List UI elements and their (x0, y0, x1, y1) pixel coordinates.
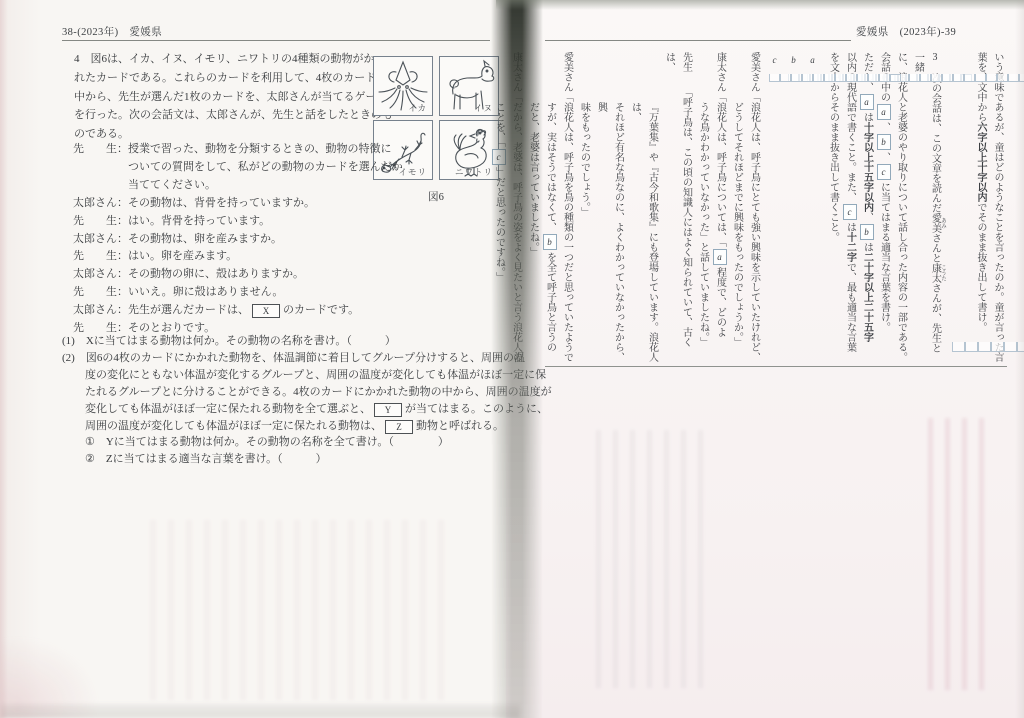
vertical-text-column: いう意味であるが、童はどのようなことを言ったのか。童が言った言 (989, 52, 1006, 362)
answer-letter-box: a (713, 249, 727, 265)
text-run: 、 (862, 212, 873, 222)
text-run: すが、実はそうではなくて、 (545, 102, 556, 232)
text-run: 先 生：いいえ。卵に殻はありません。 (73, 286, 283, 298)
book-spine-shadow (491, 0, 543, 718)
text-run: それほど有名な鳥なのに、よくわかっていなかったから、興 (596, 102, 624, 362)
ruby-text: 愛美あみ (930, 213, 941, 233)
left-page-header: 38-(2023年) 愛媛県 (62, 24, 162, 39)
answer-letter-box: Y (374, 403, 402, 417)
answer-cell (964, 74, 975, 82)
vertical-text-column: すが、実はそうではなくて、bを全て呼子鳥と言うの (542, 52, 559, 362)
answer-cell (879, 74, 890, 82)
vertical-text-column: に、浪花人と老婆のやり取りについて話し合った内容の一部である。 (893, 52, 910, 362)
text-run: いう意味であるが、童はどのようなことを言ったのか。童が言った言 (992, 52, 1003, 362)
vertical-text-column: 味をもったのでしょう。」 (576, 52, 593, 362)
vertical-text-column: 愛美さん「浪花人は、呼子鳥を鳥の種類の一つだと思っていたようで (559, 52, 576, 362)
text-line: 中から、先生が選んだ1枚のカードを、太郎さんが当てるゲーム (74, 88, 393, 107)
scan-top-edge (496, 0, 1024, 10)
question-line: (2) 図6の4枚のカードにかかれた動物を、体温調節に着目してグループ分けすると… (62, 350, 552, 367)
answer-letter-box: b (860, 224, 874, 240)
right-header-rule (545, 40, 851, 41)
question4-subquestions: (1) Xに当てはまる動物は何か。その動物の名称を書け。（ ）(2) 図6の4枚… (62, 333, 552, 468)
dialogue-line: 当ててください。 (73, 177, 403, 195)
text-run: のカードです。 (283, 304, 359, 316)
grid-label: c (769, 55, 781, 65)
text-run: 味をもったのでしょう。」 (579, 102, 590, 217)
dialogue-line: 太郎さん：その動物の卵に、殻はありますか。 (73, 266, 403, 284)
answer-cell (846, 74, 857, 82)
answer-cell (920, 74, 931, 82)
text-line: 4 図6は、イカ、イヌ、イモリ、ニワトリの4種類の動物がか (74, 50, 393, 69)
text-run: 愛美さん「浪花人は、呼子鳥を鳥の種類の一つだと思っていたようで (562, 52, 573, 362)
answer-cell (952, 342, 965, 352)
dialogue-line: 太郎さん：その動物は、背骨を持っていますか。 (73, 195, 403, 213)
text-run: (1) Xに当てはまる動物は何か。その動物の名称を書け。（ ） (62, 335, 396, 347)
text-run: うな鳥かわかっていなかった」と話していましたね。」 (698, 102, 709, 347)
text-line: れたカードである。これらのカードを利用して、4枚のカードの (74, 69, 393, 88)
answer-cell (791, 74, 802, 82)
left-header-rule (62, 40, 490, 41)
vertical-text-column: 3 次の会話は、この文章を読んだ愛美あみさんと康太こうたさんが、先生と一緒 (910, 52, 947, 362)
text-line: を行った。次の会話文は、太郎さんが、先生と話をしたときのも (74, 106, 393, 125)
text-run: でそのまま抜き出して書け。 (975, 202, 986, 332)
answer-letter-box: a (860, 94, 874, 110)
answer-cell (824, 74, 835, 82)
answer-cell (813, 74, 824, 82)
text-run: 葉を、文中から (975, 52, 986, 122)
answer-letter-box: b (543, 234, 557, 250)
text-run: 、 (879, 122, 890, 132)
text-run: 愛美さん「浪花人は、呼子鳥にとても強い興味を示していたけれど、 (749, 52, 760, 362)
answer-grids-slot: abc (763, 52, 825, 362)
text-run: 、 (879, 152, 890, 162)
text-run: 度の変化にともない体温が変化するグループと、周囲の温度が変化しても体温がほぼ一定… (85, 369, 546, 381)
text-run: に当てはまる適当な言葉を書け。 (879, 182, 890, 332)
answer-cell (978, 342, 991, 352)
text-run: 十二字 (845, 232, 856, 262)
answer-cell (953, 74, 964, 82)
vertical-text-column: 康太さん「浪花人は、呼子鳥については、「a程度で、どのよ (712, 52, 729, 362)
scan-right-edge (1015, 0, 1024, 718)
text-run: 周囲の温度が変化しても体温がほぼ一定に保たれる動物は、 (85, 420, 382, 432)
question-line: 度の変化にともない体温が変化するグループと、周囲の温度が変化しても体温がほぼ一定… (62, 367, 552, 384)
text-run: に、浪花人と老婆のやり取りについて話し合った内容の一部である。 (896, 52, 907, 362)
question-line: ② Zに当てはまる適当な言葉を書け。（ ） (62, 451, 552, 468)
answer-letter-box: c (843, 204, 857, 220)
card-label: ニワトリ (455, 166, 493, 178)
text-run: (2) 図6の4枚のカードにかかれた動物を、体温調節に着目してグループ分けすると… (62, 352, 525, 364)
answer-cell (991, 342, 1004, 352)
answer-cell (931, 74, 942, 82)
text-run: 六字以上十字以内 (975, 122, 986, 202)
vertical-text-column: 先生 「呼子鳥は、この頃の知識人にはよく知られていて、古くは、 (661, 52, 695, 362)
dialogue-line: 太郎さん：先生が選んだカードは、Xのカードです。 (73, 302, 403, 320)
vertical-text-column: 会話の中のa、b、cに当てはまる適当な言葉を書け。 (876, 52, 893, 362)
text-run: 先 生：はい。背骨を持っています。 (73, 215, 270, 227)
text-run: 太郎さん：その動物は、背骨を持っていますか。 (73, 197, 315, 209)
answer-grid (769, 74, 901, 82)
question-line: 周囲の温度が変化しても体温がほぼ一定に保たれる動物は、Z動物と呼ばれる。 (62, 418, 552, 435)
question-line: (1) Xに当てはまる動物は何か。その動物の名称を書け。（ ） (62, 333, 552, 350)
text-run: は (845, 222, 856, 232)
answer-letter-box: a (877, 104, 891, 120)
vertical-text-column: 以内の現代語で書くこと。また、cは十二字で、最も適当な言葉 (842, 52, 859, 362)
card-label: イカ (408, 102, 427, 114)
answer-letter-box: Z (385, 420, 413, 434)
dialogue-line: 太郎さん：その動物は、卵を産みますか。 (73, 231, 403, 249)
answer-cell (942, 74, 953, 82)
grid-label: a (807, 55, 819, 65)
text-run: 変化しても体温がほぼ一定に保たれる動物を全て選ぶと、 (85, 403, 371, 415)
text-run: 二十字以上二十五字 (862, 252, 873, 342)
vertical-text-column: ただし、aは十字以上十五字以内、bは二十字以上二十五字 (859, 52, 876, 362)
answer-cell (909, 74, 920, 82)
question-line: たれるグループとに分けることができる。4枚のカードにかかれた動物の中から、周囲の… (62, 384, 552, 401)
answer-cell (965, 342, 978, 352)
dialogue-line: 先 生：授業で習った、動物を分類するときの、動物の特徴に (73, 141, 403, 159)
grid-label: b (788, 55, 800, 65)
text-run: 十字以上十五字以内 (862, 122, 873, 212)
answer-cell (802, 74, 813, 82)
text-run: は (862, 242, 873, 252)
right-section-rule (545, 366, 1007, 367)
answer-cell (986, 74, 997, 82)
answer-cell (769, 74, 780, 82)
answer-letter-box: X (252, 304, 280, 318)
text-run: 先生 「呼子鳥は、この頃の知識人にはよく知られていて、古くは、 (664, 52, 692, 347)
ruby-text: 康太こうた (930, 263, 941, 283)
text-run: 程度で、どのよ (715, 267, 726, 337)
answer-cell (835, 74, 846, 82)
answer-letter-box: b (877, 134, 891, 150)
answer-letter-box: c (877, 164, 891, 180)
dialogue-line: 先 生：いいえ。卵に殻はありません。 (73, 284, 403, 302)
vertical-text-column: 葉を、文中から六字以上十字以内でそのまま抜き出して書け。 (972, 52, 989, 362)
text-run: たれるグループとに分けることができる。4枚のカードにかかれた動物の中から、周囲の… (85, 386, 552, 398)
answer-cell (857, 74, 868, 82)
animal-card: イカ (373, 56, 433, 116)
question-line: ① Yに当てはまる動物は何か。その動物の名称を全て書け。（ ） (62, 434, 552, 451)
text-run: 先 生：はい。卵を産みます。 (73, 250, 237, 262)
text-run: 当ててください。 (73, 179, 216, 191)
answer-cell (997, 74, 1008, 82)
dialogue-line: 先 生：はい。背骨を持っています。 (73, 213, 403, 231)
text-run: 先 生：授業で習った、動物を分類するときの、動物の特徴に (73, 143, 392, 155)
text-run: ただし、 (862, 52, 873, 92)
text-run: 『万葉集』や『古今和歌集』にも登場しています。浪花人は、 (630, 102, 658, 362)
question4-intro: 4 図6は、イカ、イヌ、イモリ、ニワトリの4種類の動物がかれたカードである。これ… (74, 50, 393, 144)
vertical-text-column: を文中からそのまま抜き出して書くこと。 (825, 52, 842, 362)
text-run: 康太さん「浪花人は、呼子鳥については、「 (715, 52, 726, 247)
text-run: ついての質問をして、私がどの動物のカードを選んだか (73, 161, 403, 173)
answer-grid (952, 342, 1024, 352)
question4-dialogue: 先 生：授業で習った、動物を分類するときの、動物の特徴に ついての質問をして、私… (73, 141, 403, 338)
text-run: どうしてそれほどまでに興味をもったのでしょうか。」 (732, 102, 743, 347)
vertical-text-column: それほど有名な鳥なのに、よくわかっていなかったから、興 (593, 52, 627, 362)
right-page-header: 愛媛県 (2023年)-39 (856, 24, 956, 39)
vertical-text-column: うな鳥かわかっていなかった」と話していましたね。」 (695, 52, 712, 362)
text-run: を全て呼子鳥と言うの (545, 252, 556, 352)
scan-bottom-edge (0, 704, 520, 718)
text-run: で、最も適当な言葉 (845, 262, 856, 352)
vertical-text-column: 愛美さん「浪花人は、呼子鳥にとても強い興味を示していたけれど、 (746, 52, 763, 362)
text-run: 太郎さん：その動物の卵に、殻はありますか。 (73, 268, 304, 280)
scan-left-edge (0, 0, 8, 718)
answer-cell (890, 74, 901, 82)
text-run: ② Zに当てはまる適当な言葉を書け。（ ） (85, 453, 327, 465)
dialogue-line: ついての質問をして、私がどの動物のカードを選んだか (73, 159, 403, 177)
question-line: 変化しても体温がほぼ一定に保たれる動物を全て選ぶと、Yが当てはまる。このように、 (62, 401, 552, 418)
text-run: は (862, 112, 873, 122)
dialogue-line: 先 生：はい。卵を産みます。 (73, 248, 403, 266)
answer-cell (975, 74, 986, 82)
text-run: ① Yに当てはまる動物は何か。その動物の名称を全て書け。（ ） (85, 436, 449, 448)
book-scan: 38-(2023年) 愛媛県 愛媛県 (2023年)-39 4 図6は、イカ、イ… (0, 0, 1024, 718)
vertical-text-column: 『万葉集』や『古今和歌集』にも登場しています。浪花人は、 (627, 52, 661, 362)
text-run: 太郎さん：その動物は、卵を産みますか。 (73, 233, 282, 245)
text-run: 太郎さん：先生が選んだカードは、 (73, 304, 249, 316)
question3-vertical-text: いう意味であるが、童はどのようなことを言ったのか。童が言った言葉を、文中から六字… (542, 52, 1006, 362)
answer-cell (868, 74, 879, 82)
vertical-text-column: どうしてそれほどまでに興味をもったのでしょうか。」 (729, 52, 746, 362)
answer-grid-slot (946, 52, 972, 362)
answer-cell (780, 74, 791, 82)
text-run: さんと (930, 233, 941, 263)
